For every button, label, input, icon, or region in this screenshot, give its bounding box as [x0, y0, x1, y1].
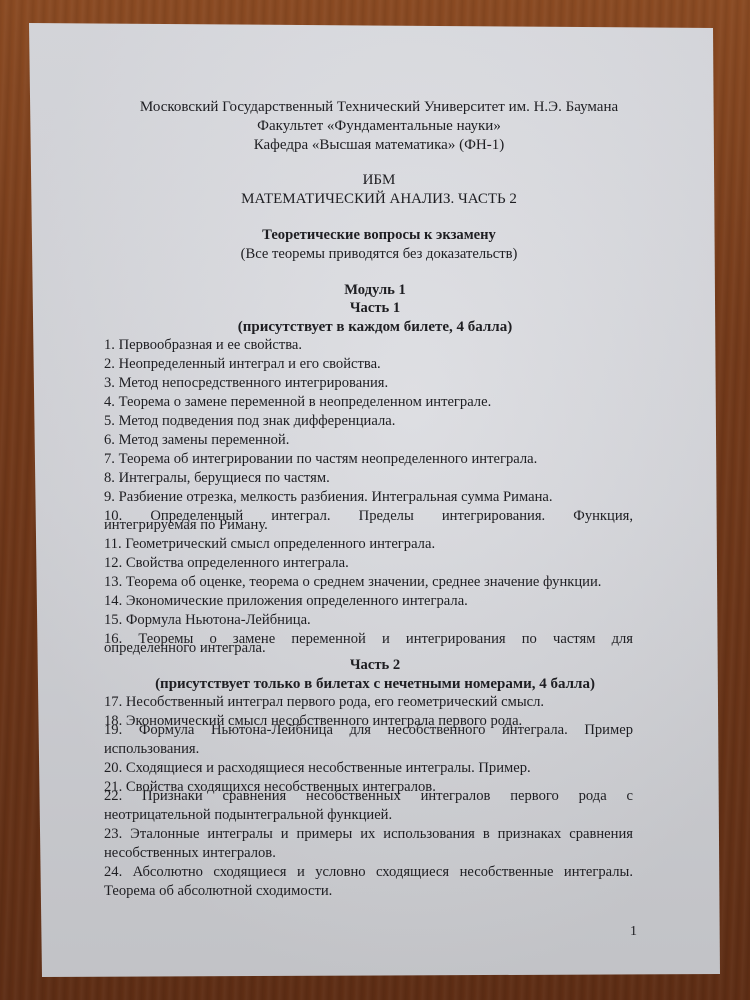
question-item: 20. Сходящиеся и расходящиеся несобствен… — [104, 759, 531, 778]
question-item: 24. Абсолютно сходящиеся и условно сходя… — [104, 863, 633, 882]
question-item: 11. Геометрический смысл определенного и… — [104, 535, 435, 554]
question-item: 3. Метод непосредственного интегрировани… — [104, 374, 388, 393]
question-item-continuation: использования. — [104, 740, 199, 759]
part1-note: (присутствует в каждом билете, 4 балла) — [0, 318, 750, 337]
institute-code: ИБМ — [4, 171, 750, 190]
part2-note: (присутствует только в билетах с нечетны… — [0, 675, 750, 694]
department-name: Кафедра «Высшая математика» (ФН-1) — [4, 136, 750, 155]
part2-title: Часть 2 — [0, 656, 750, 675]
question-item: 14. Экономические приложения определенно… — [104, 592, 468, 611]
question-item: 2. Неопределенный интеграл и его свойств… — [104, 355, 381, 374]
course-title: МАТЕМАТИЧЕСКИЙ АНАЛИЗ. ЧАСТЬ 2 — [4, 190, 750, 209]
question-item: 15. Формула Ньютона-Лейбница. — [104, 611, 311, 630]
question-item: 19. Формула Ньютона-Лейбница для несобст… — [104, 721, 633, 740]
part1-title: Часть 1 — [0, 299, 750, 318]
document-subtitle: (Все теоремы приводятся без доказательст… — [4, 245, 750, 264]
faculty-name: Факультет «Фундаментальные науки» — [4, 117, 750, 136]
question-item: 5. Метод подведения под знак дифференциа… — [104, 412, 395, 431]
question-item-continuation: Теорема об абсолютной сходимости. — [104, 882, 332, 901]
university-name: Московский Государственный Технический У… — [4, 98, 750, 117]
page-number: 1 — [630, 922, 637, 941]
question-item: 23. Эталонные интегралы и примеры их исп… — [104, 825, 633, 844]
question-item: 8. Интегралы, берущиеся по частям. — [104, 469, 330, 488]
question-item-continuation: неотрицательной подынтегральной функцией… — [104, 806, 392, 825]
question-item: 7. Теорема об интегрировании по частям н… — [104, 450, 537, 469]
question-item: 4. Теорема о замене переменной в неопред… — [104, 393, 491, 412]
question-item: 9. Разбиение отрезка, мелкость разбиения… — [104, 488, 553, 507]
question-item: 22. Признаки сравнения несобственных инт… — [104, 787, 633, 806]
question-item-continuation: несобственных интегралов. — [104, 844, 276, 863]
question-item: 1. Первообразная и ее свойства. — [104, 336, 302, 355]
question-item: 12. Свойства определенного интеграла. — [104, 554, 349, 573]
question-item: 6. Метод замены переменной. — [104, 431, 289, 450]
question-item: 13. Теорема об оценке, теорема о среднем… — [104, 573, 601, 592]
document-title: Теоретические вопросы к экзамену — [4, 226, 750, 245]
module-title: Модуль 1 — [0, 281, 750, 300]
question-item: 17. Несобственный интеграл первого рода,… — [104, 693, 544, 712]
question-item-continuation: интегрируемая по Риману. — [104, 516, 268, 535]
